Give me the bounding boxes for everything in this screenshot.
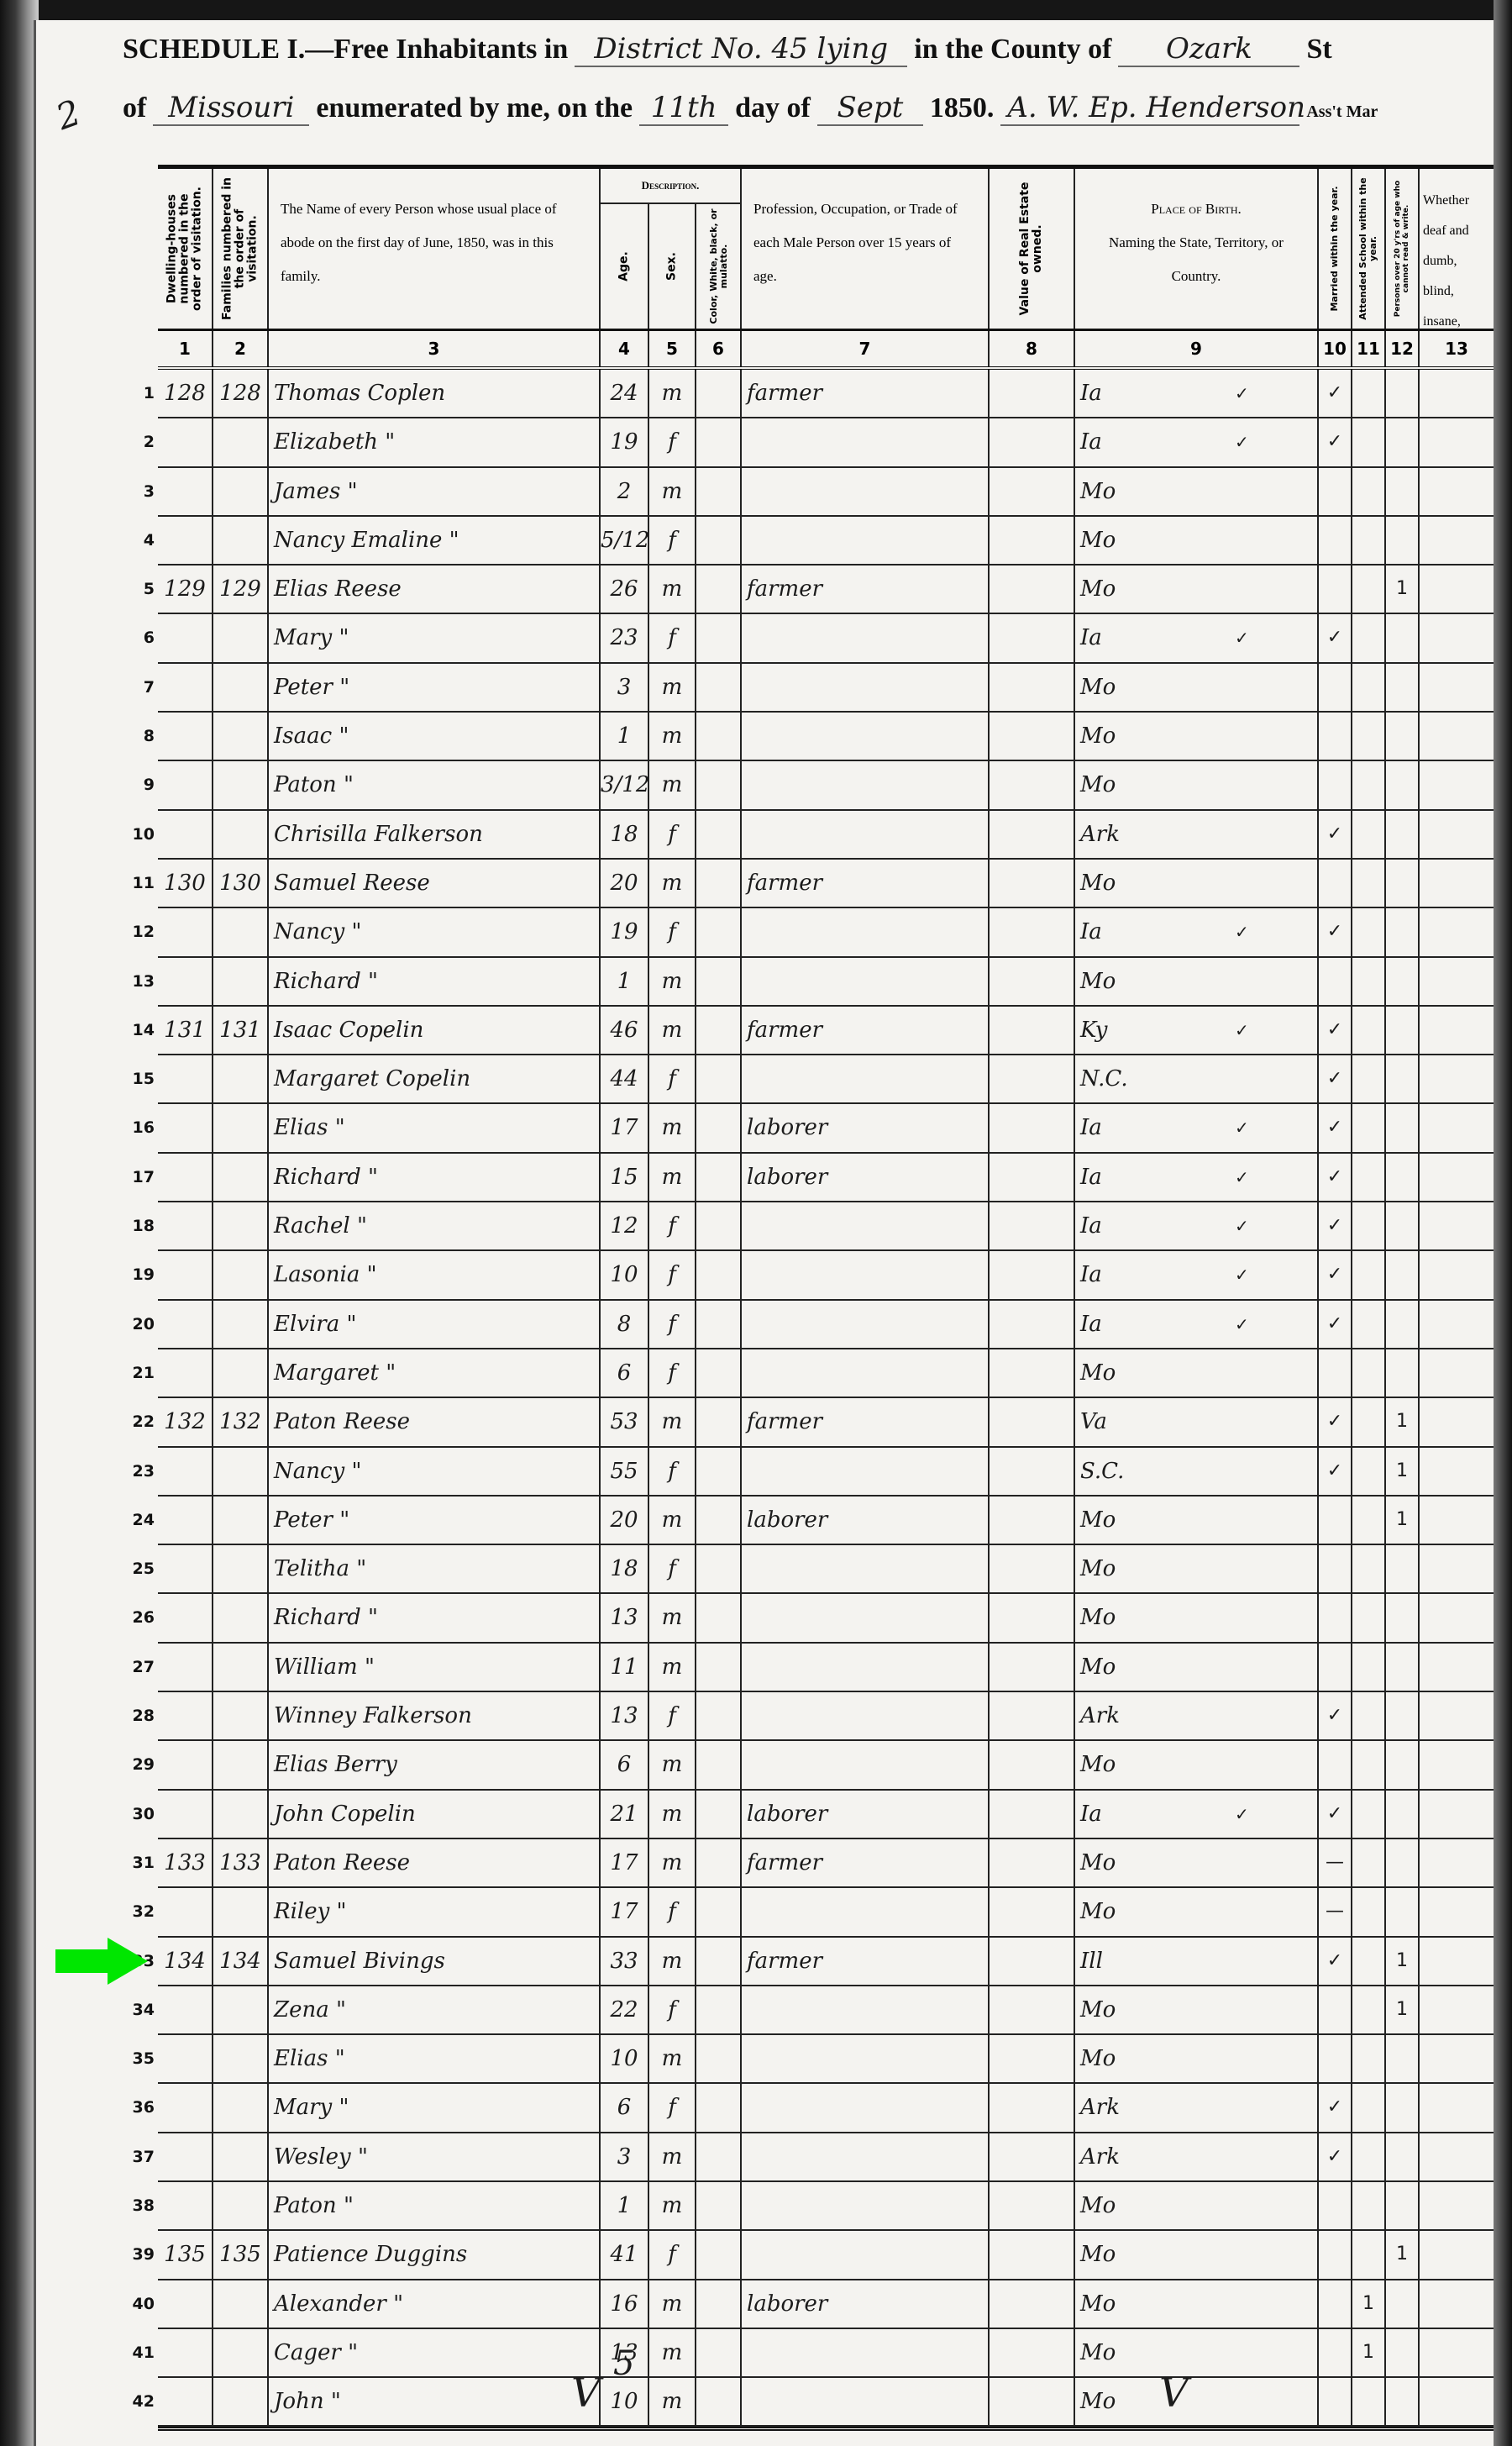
illiterate-cell: 1 [1386,1986,1420,2033]
illiterate-cell [1386,811,1420,858]
illiterate-cell [1386,370,1420,417]
birthplace-value: Mo [1080,576,1116,602]
married-cell: ✓ [1319,1791,1352,1838]
school-cell [1352,565,1386,613]
check-mark-icon: ✓ [1235,1104,1249,1151]
color-cell [696,1349,742,1397]
real-estate-cell [990,1692,1075,1739]
family-cell [213,2035,269,2082]
table-row: 40Alexander "16mlaborerMo1 [158,2280,1494,2329]
real-estate-cell [990,1938,1075,1985]
birthplace-value: Mo [1080,1654,1116,1680]
age-cell: 1 [601,958,649,1005]
sex-cell: f [649,1692,696,1739]
age-cell: 11 [601,1644,649,1691]
school-cell [1352,2378,1386,2425]
age-cell: 24 [601,370,649,417]
family-cell [213,1888,269,1935]
birthplace-cell: Mo [1075,2231,1319,2278]
table-row: 32Riley "17fMo— [158,1888,1494,1937]
real-estate-cell [990,1545,1075,1592]
disability-cell [1420,713,1494,760]
disability-cell [1420,2231,1494,2278]
birthplace-value: Mo [1080,1997,1116,2023]
table-row: 29Elias Berry6mMo [158,1741,1494,1790]
line-number: 42 [121,2378,155,2425]
age-cell: 6 [601,1741,649,1788]
line-number: 40 [121,2280,155,2328]
line-number: 22 [121,1398,155,1445]
birthplace-value: Ky [1080,1018,1107,1043]
header-dwelling: Dwelling-houses numbered in the order of… [158,169,213,329]
name-cell: Elvira " [269,1301,601,1348]
sex-cell: m [649,761,696,808]
married-cell: — [1319,1888,1352,1935]
birthplace-cell: Mo [1075,1839,1319,1886]
family-cell [213,1251,269,1298]
age-cell: 18 [601,1545,649,1592]
dwelling-cell: 24 [158,1497,213,1544]
color-cell [696,1202,742,1249]
married-cell [1319,1349,1352,1397]
family-cell [213,2084,269,2131]
birthplace-cell: Mo [1075,1986,1319,2033]
disability-cell [1420,2280,1494,2328]
family-cell [213,713,269,760]
disability-cell [1420,1349,1494,1397]
married-cell: ✓ [1319,908,1352,955]
birthplace-cell: Mo [1075,2035,1319,2082]
line-number: 17 [121,1154,155,1201]
disability-cell [1420,1007,1494,1054]
birthplace-value: Mo [1080,1899,1116,1924]
sex-cell: m [649,1007,696,1054]
table-row: 8Isaac "1mMo [158,713,1494,761]
line-number: 1 [121,370,155,417]
disability-cell [1420,2329,1494,2376]
table-row: 20Elvira "8fIa✓✓ [158,1301,1494,1349]
family-cell [213,1545,269,1592]
column-number: 4 [601,331,649,366]
birthplace-cell: Mo [1075,860,1319,907]
disability-cell [1420,1251,1494,1298]
married-cell [1319,1986,1352,2033]
birthplace-cell: Mo [1075,1644,1319,1691]
disability-cell [1420,468,1494,515]
line-number: 24 [121,1497,155,1544]
real-estate-cell [990,2182,1075,2229]
disability-cell [1420,908,1494,955]
illiterate-cell [1386,1104,1420,1151]
school-cell [1352,761,1386,808]
dwelling-value: 130 [164,871,206,896]
family-cell: 131 [213,1007,269,1054]
day-field: 11th [639,91,728,126]
occupation-cell [742,1692,990,1739]
birthplace-cell: Mo [1075,1349,1319,1397]
birthplace-cell: Mo [1075,664,1319,711]
illiterate-cell [1386,2329,1420,2376]
table-row: 34Zena "22fMo1 [158,1986,1494,2035]
dwelling-cell: 2 [158,418,213,466]
dwelling-value: 131 [164,1018,206,1043]
age-cell: 2 [601,468,649,515]
birthplace-value: Ark [1080,2144,1120,2170]
married-cell [1319,2378,1352,2425]
table-row: 25Telitha "18fMo [158,1545,1494,1594]
name-cell: Margaret " [269,1349,601,1397]
birthplace-cell: Mo [1075,1594,1319,1641]
dwelling-cell: 29 [158,1741,213,1788]
occupation-cell [742,811,990,858]
real-estate-cell [990,1839,1075,1886]
column-number: 3 [269,331,601,366]
color-cell [696,1741,742,1788]
table-row: 3James "2mMo [158,468,1494,517]
color-cell [696,370,742,417]
table-row: 31133133Paton Reese17mfarmerMo— [158,1839,1494,1888]
occupation-cell [742,1888,990,1935]
family-cell [213,2329,269,2376]
family-cell [213,1644,269,1691]
dwelling-cell: 42 [158,2378,213,2425]
schedule-title-line: SCHEDULE I.—Free Inhabitants in District… [123,32,1332,67]
illiterate-cell: 1 [1386,1497,1420,1544]
table-row: 36Mary "6fArk✓ [158,2084,1494,2133]
birthplace-value: Mo [1080,2291,1116,2317]
real-estate-cell [990,1007,1075,1054]
marshal-label: Ass't Mar [1306,103,1378,122]
age-cell: 17 [601,1839,649,1886]
age-cell: 16 [601,2280,649,2328]
disability-cell [1420,2378,1494,2425]
dwelling-cell: 34 [158,1986,213,2033]
county-field: Ozark [1118,32,1299,67]
birthplace-cell: Va [1075,1398,1319,1445]
married-cell: ✓ [1319,1692,1352,1739]
illiterate-cell [1386,2378,1420,2425]
name-cell: Samuel Bivings [269,1938,601,1985]
illiterate-cell [1386,860,1420,907]
sex-cell: m [649,2133,696,2180]
color-cell [696,1938,742,1985]
color-cell [696,908,742,955]
color-cell [696,1545,742,1592]
age-cell: 1 [601,2182,649,2229]
birthplace-cell: Mo [1075,1741,1319,1788]
birthplace-value: Mo [1080,1850,1116,1875]
occupation-cell: farmer [742,1007,990,1054]
birthplace-value: Mo [1080,871,1116,896]
birthplace-cell: Mo [1075,517,1319,564]
age-cell: 10 [601,1251,649,1298]
illiterate-cell [1386,1644,1420,1691]
real-estate-cell [990,418,1075,466]
school-cell [1352,664,1386,711]
color-cell [696,2084,742,2131]
sex-cell: m [649,1741,696,1788]
occupation-cell [742,1349,990,1397]
dwelling-cell: 8 [158,713,213,760]
schedule-title: SCHEDULE I.—Free Inhabitants in [123,34,568,66]
illiterate-cell [1386,908,1420,955]
day-of-label: day of [735,92,811,124]
age-cell: 33 [601,1938,649,1985]
name-cell: Winney Falkerson [269,1692,601,1739]
line-number: 9 [121,761,155,808]
table-row: 7Peter "3mMo [158,664,1494,713]
sex-cell: m [649,2329,696,2376]
real-estate-cell [990,1448,1075,1495]
married-cell [1319,2280,1352,2328]
line-number: 32 [121,1888,155,1935]
real-estate-cell [990,1301,1075,1348]
birthplace-value: Mo [1080,528,1116,553]
real-estate-cell [990,908,1075,955]
line-number: 37 [121,2133,155,2180]
real-estate-cell [990,811,1075,858]
family-cell [213,1055,269,1102]
sex-cell: m [649,1104,696,1151]
birthplace-cell: Ark [1075,811,1319,858]
real-estate-cell [990,2231,1075,2278]
occupation-cell: farmer [742,1839,990,1886]
birthplace-cell: Mo [1075,761,1319,808]
line-number: 30 [121,1791,155,1838]
dwelling-cell: 37 [158,2133,213,2180]
illiterate-cell [1386,1839,1420,1886]
name-cell: Elias " [269,2035,601,2082]
disability-cell [1420,1692,1494,1739]
color-cell [696,1497,742,1544]
color-cell [696,2133,742,2180]
birthplace-value: Mo [1080,2193,1116,2218]
disability-cell [1420,517,1494,564]
age-cell: 8 [601,1301,649,1348]
birthplace-cell: Ia✓ [1075,1301,1319,1348]
table-row: 16Elias "17mlaborerIa✓✓ [158,1104,1494,1153]
occupation-cell: laborer [742,1497,990,1544]
married-cell [1319,958,1352,1005]
married-cell: ✓ [1319,418,1352,466]
name-cell: Paton " [269,2182,601,2229]
color-cell [696,958,742,1005]
occupation-cell [742,2329,990,2376]
married-cell: ✓ [1319,2084,1352,2131]
disability-cell [1420,1545,1494,1592]
occupation-cell [742,2084,990,2131]
illiterate-cell [1386,1251,1420,1298]
illiterate-cell [1386,418,1420,466]
occupation-cell [742,1055,990,1102]
family-cell [213,1692,269,1739]
name-cell: James " [269,468,601,515]
illiterate-cell [1386,614,1420,661]
real-estate-cell [990,1888,1075,1935]
illiterate-cell [1386,1545,1420,1592]
occupation-cell [742,1251,990,1298]
birthplace-value: Mo [1080,675,1116,700]
sex-cell: m [649,860,696,907]
illiterate-cell [1386,517,1420,564]
school-cell [1352,370,1386,417]
occupation-cell: laborer [742,1104,990,1151]
sex-cell: m [649,1154,696,1201]
age-cell: 3 [601,664,649,711]
real-estate-cell [990,1398,1075,1445]
dwelling-cell: 21 [158,1349,213,1397]
occupation-cell [742,2378,990,2425]
table-row: 23Nancy "55fS.C.✓1 [158,1448,1494,1497]
age-cell: 55 [601,1448,649,1495]
birthplace-value: Ark [1080,1703,1120,1728]
real-estate-cell [990,2378,1075,2425]
birthplace-value: Mo [1080,2340,1116,2365]
table-row: 6Mary "23fIa✓✓ [158,614,1494,663]
disability-cell [1420,1055,1494,1102]
table-row: 5129129Elias Reese26mfarmerMo1 [158,565,1494,614]
occupation-cell [742,418,990,466]
age-cell: 3/12 [601,761,649,808]
name-cell: Lasonia " [269,1251,601,1298]
name-cell: Peter " [269,1497,601,1544]
sex-cell: m [649,2182,696,2229]
disability-cell [1420,1938,1494,1985]
disability-cell [1420,1202,1494,1249]
color-cell [696,1791,742,1838]
disability-cell [1420,1791,1494,1838]
married-cell: ✓ [1319,370,1352,417]
name-cell: Elias Reese [269,565,601,613]
family-cell [213,1741,269,1788]
birthplace-value: Ia [1080,1312,1102,1337]
family-cell [213,2280,269,2328]
line-number: 27 [121,1644,155,1691]
dwelling-cell: 30 [158,1791,213,1838]
color-cell [696,468,742,515]
dwelling-cell: 35 [158,2035,213,2082]
occupation-cell: farmer [742,370,990,417]
family-cell [213,1154,269,1201]
table-row: 10Chrisilla Falkerson18fArk✓ [158,811,1494,860]
color-cell [696,2231,742,2278]
married-cell [1319,1497,1352,1544]
color-cell [696,1644,742,1691]
name-cell: Wesley " [269,2133,601,2180]
column-number-row: 12345678910111213 [158,331,1494,370]
school-cell [1352,1986,1386,2033]
occupation-cell [742,1301,990,1348]
illiterate-cell [1386,1202,1420,1249]
table-row: 28Winney Falkerson13fArk✓ [158,1692,1494,1741]
sex-cell: f [649,2084,696,2131]
illiterate-cell: 1 [1386,2231,1420,2278]
age-cell: 19 [601,908,649,955]
sex-cell: m [649,1839,696,1886]
school-cell [1352,713,1386,760]
age-cell: 15 [601,1154,649,1201]
sex-cell: f [649,1055,696,1102]
married-cell [1319,1644,1352,1691]
family-cell [213,517,269,564]
enumerator-field: A. W. Ep. Henderson [1000,91,1299,126]
married-cell: — [1319,1839,1352,1886]
check-mark-icon: ✓ [1235,370,1249,417]
color-cell [696,1154,742,1201]
birthplace-cell: Ia✓ [1075,370,1319,417]
line-number: 8 [121,713,155,760]
occupation-cell [742,761,990,808]
dwelling-cell: 36 [158,2084,213,2131]
sex-cell: m [649,1791,696,1838]
birthplace-value: Va [1080,1409,1107,1434]
occupation-cell: farmer [742,565,990,613]
birthplace-cell: Ark [1075,2084,1319,2131]
real-estate-cell [990,2035,1075,2082]
column-number: 10 [1319,331,1352,366]
color-cell [696,1692,742,1739]
column-number: 13 [1420,331,1494,366]
age-cell: 13 [601,1692,649,1739]
married-cell: ✓ [1319,1104,1352,1151]
dwelling-cell: 12 [158,908,213,955]
school-cell [1352,1251,1386,1298]
age-cell: 44 [601,1055,649,1102]
disability-cell [1420,664,1494,711]
header-married: Married within the year. [1319,169,1352,329]
name-cell: Isaac Copelin [269,1007,601,1054]
age-cell: 21 [601,1791,649,1838]
disability-cell [1420,2084,1494,2131]
table-row: 26Richard "13mMo [158,1594,1494,1643]
family-cell [213,1448,269,1495]
illiterate-cell [1386,2182,1420,2229]
name-cell: Richard " [269,958,601,1005]
birthplace-cell: Mo [1075,2280,1319,2328]
dwelling-cell: 5129 [158,565,213,613]
header-disability: Whether deaf and dumb, blind, insane, id… [1420,169,1494,329]
real-estate-cell [990,2329,1075,2376]
married-cell [1319,517,1352,564]
birthplace-value: Ia [1080,919,1102,944]
real-estate-cell [990,1986,1075,2033]
school-cell [1352,1104,1386,1151]
check-mark-icon: ✓ [1235,1007,1249,1054]
line-number: 18 [121,1202,155,1249]
dwelling-cell: 10 [158,811,213,858]
disability-cell [1420,1497,1494,1544]
occupation-cell [742,1644,990,1691]
real-estate-cell [990,1644,1075,1691]
column-number: 9 [1075,331,1319,366]
dwelling-value: 133 [164,1850,206,1875]
real-estate-cell [990,1055,1075,1102]
sex-cell: m [649,664,696,711]
family-cell [213,1202,269,1249]
table-row: 27William "11mMo [158,1644,1494,1692]
real-estate-cell [990,2280,1075,2328]
family-cell [213,664,269,711]
line-number: 21 [121,1349,155,1397]
header-sex: Sex. [649,204,696,329]
age-cell: 10 [601,2378,649,2425]
school-cell [1352,1594,1386,1641]
dwelling-cell: 26 [158,1594,213,1641]
birthplace-value: Mo [1080,2389,1116,2414]
check-mark-icon: ✓ [1235,908,1249,955]
column-number: 5 [649,331,696,366]
census-table: Dwelling-houses numbered in the order of… [158,165,1494,2431]
